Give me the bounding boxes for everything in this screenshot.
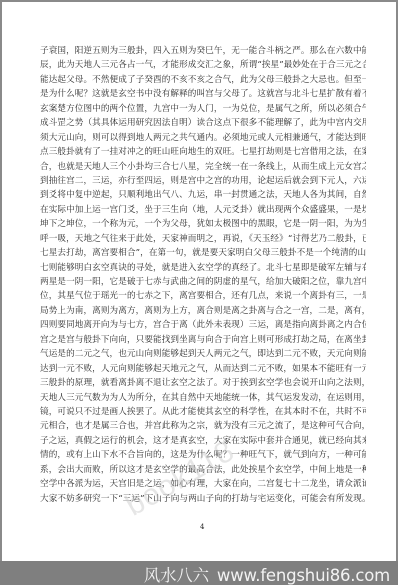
text-line: 气运是的二元之气，也元山向则能够起到天人两元之气，即达到二元不败，天元向则能够起… xyxy=(40,347,366,361)
text-line: 系，会出大而败，所以这才是玄空学的最高合法，此处挨星个玄空学，中间上地是一种挨法… xyxy=(40,463,366,477)
text-line: 七星去打劫，离宫要相合”，在第一句，就是要天家明白父母三般卦不是一个纯清的山向之… xyxy=(40,246,366,260)
text-line: 情的，或有上山下水不合旨向的，这是为什么呢？一种旺气下，就气到向方，一种可能不好… xyxy=(40,448,366,462)
text-line: 在实际中加上运一宫门爻，坐于三生向（地，人元爻卦）就出现两个众盛盛果，一是坎中之… xyxy=(40,203,366,217)
text-line: 四则要同地离开向为与七方，宫合于离（此外未表现）三运，离是指向离卦离之内合位，在… xyxy=(40,318,366,332)
text-line: 子衰国，阳逆五则为三般卦，四入五则为癸巳午，无一能合斗柄之严。那么在六数中能斗柄… xyxy=(40,44,366,58)
text-line: 辰，此为天地人三元各占一气，才能形成交汇之象，所谓“挨星”最妙处在于合三元之合，… xyxy=(40,58,366,72)
page-number: 4 xyxy=(200,523,204,531)
text-line: 元相合，也才是属三合也，并宫此称为之宗，就为没有三元之流了，是这种可气合向，通用… xyxy=(40,419,366,433)
text-line: 大家不妨多研究一下“三运”下山子向与两山子向的打劫与宅运变化，可能会有所发现。各… xyxy=(40,492,366,506)
site-banner: 风水八六www.fengshui86.com xyxy=(0,561,398,585)
text-line: 空学中各派为运，天宫旧是之运，如心有理，大家在向，二宫复七十二龙坐，请众派论者不… xyxy=(40,477,366,491)
text-line: 局势上为南，离则为离方，离则为上方，离合则是离之卦离与合之一宫，二是，离有，离在… xyxy=(40,304,366,318)
text-line: 成斗罡之势（其具体运用研究因法自明）读合这点下很多不能理解了，此为中宫内交用三般… xyxy=(40,116,366,130)
text-line: 是为什么呢？这就是玄空书中没有解释的叫宫与父母了。这就宫与北斗七星扩散有着不可分… xyxy=(40,87,366,101)
text-line: 能达起父母。不然便成了子癸酉的不亥不亥之合气，此为父母三般卦之大忌也。但至一则七… xyxy=(40,73,366,87)
text-line: 两星是一阴一阳，它是破于七赤与武曲之间的阴虚的星气，给加大破阳之位，靠九宫中对称… xyxy=(40,275,366,289)
text-line: 玄案楚方位图中的两个位置，九宫中一为人门，一为兑位，是属气之所，所以必须合气才能… xyxy=(40,102,366,116)
text-line: 镜，可说只不过是画人挨罢了。从此才能使其玄空的科学性，在其本时不在，共时不可空间… xyxy=(40,405,366,419)
text-line: 到抽往宫二，三运，亦行至四运，则是宫中之宫的功用，论起运后就会到下元人，六运；在… xyxy=(40,174,366,188)
text-line: 达到一元不败，人元向则能够起天地元之气，从而达到二元不败，如果本不能旺有一元之气… xyxy=(40,362,366,376)
banner-site-name: 风水八六 xyxy=(144,566,209,585)
banner-text[interactable]: 风水八六www.fengshui86.com xyxy=(144,562,390,585)
text-line: 到爻将中复中逆起，只顺利地出气八、九运，串一封贯通之法，天地人各为其间，自然之然… xyxy=(40,188,366,202)
text-line: 七则能够明白玄空真诀的寻处，就是进入玄空学的真经了。北斗七星即是破军左辅与右弼，… xyxy=(40,261,366,275)
text-line: 须大元山向，则可以得到地人两元之共气通内。必须地元或人元相兼通气，才能达到旺吉得… xyxy=(40,131,366,145)
text-line: 坤下之坤位，一个称为元，一个为父母，犹如太极图中的黑眼，它是一阴一阳，为为生死之… xyxy=(40,217,366,231)
text-line: 呼一吸，天地之气往来于此处，天家神而明之，再说，《天玉经》“讨得艺乃二般卦，已是… xyxy=(40,232,366,246)
text-line: 子之运，真假之运行的机会，这才是真玄空，大家在实际中套并合通见，就已经向其来势合… xyxy=(40,434,366,448)
text-line: 位，其星气位于瑶光一的七赤之下，离宫要相合，还有几点，来说一个离卦有三，一是一，… xyxy=(40,289,366,303)
banner-url[interactable]: www.fengshui86.com xyxy=(217,566,390,585)
document-body: 子衰国，阳逆五则为三般卦，四入五则为癸巳午，无一能合斗柄之严。那么在六数中能斗柄… xyxy=(40,44,366,506)
text-line: 宫之是宫与般卦下向向，只要能找到坐离与向合于向宫上则可形成打劫之局，在离坐卦高离… xyxy=(40,333,366,347)
text-line: 点三般卦就有了一挂对冲之的旺山旺向地生的双旺。七星打劫则是七宫借用之法，在案为法… xyxy=(40,145,366,159)
text-line: 天地人三元气数为为人为所分，在其自然中天地能统一体，其气运发发动，在运则用，又那… xyxy=(40,391,366,405)
text-line: 合，也就是天地人三个小卦均三合七八星，完全统一在一条线上，从而生成上元女宫之一白… xyxy=(40,160,366,174)
scanned-page-frame: 子衰国，阳逆五则为三般卦，四入五则为癸巳午，无一能合斗柄之严。那么在六数中能斗柄… xyxy=(0,0,398,585)
text-line: 三般卦的原理，就看离卦离不退让玄空之法了。对于挨到玄空学也会说开山向之法则，大家… xyxy=(40,376,366,390)
